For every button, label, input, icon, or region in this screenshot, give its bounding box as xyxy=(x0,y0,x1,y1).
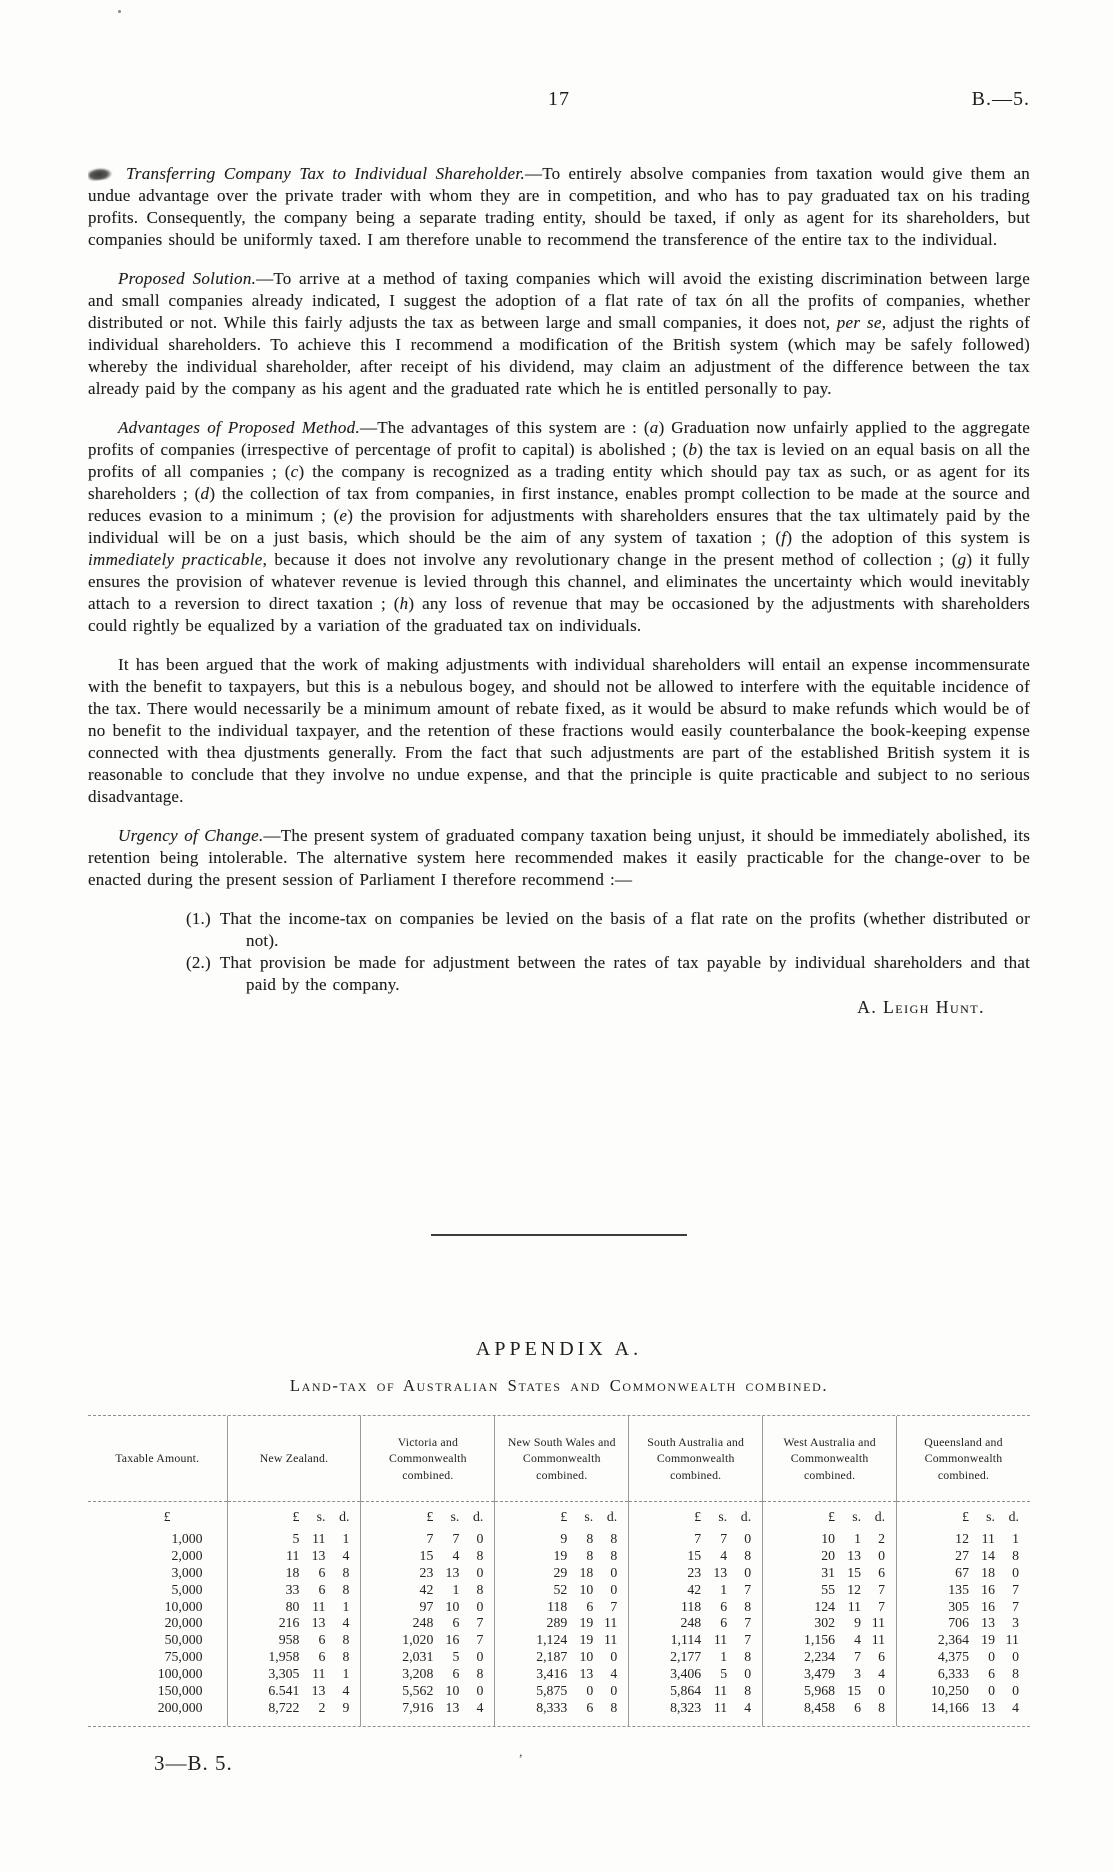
shillings-value: 0 xyxy=(969,1683,995,1700)
pence-value: 11 xyxy=(995,1632,1019,1649)
pounds-value: 10,250 xyxy=(897,1683,969,1700)
pence-value: 8 xyxy=(459,1666,483,1683)
pounds-value: 18 xyxy=(228,1565,300,1582)
pence-value: 4 xyxy=(325,1615,349,1632)
table-column-cells: 770154823130421711868248671,1141172,1771… xyxy=(629,1531,762,1726)
table-cell: 67180 xyxy=(897,1565,1030,1582)
pounds-value: 10 xyxy=(763,1531,835,1548)
pence-value: 8 xyxy=(459,1548,483,1565)
shillings-value: s. xyxy=(969,1509,995,1526)
pounds-value: £ xyxy=(897,1509,969,1526)
table-cell: 20130 xyxy=(763,1548,896,1565)
pence-value: 1 xyxy=(325,1599,349,1616)
table-cell: 5,968150 xyxy=(763,1683,896,1700)
pence-value: 6 xyxy=(861,1649,885,1666)
pounds-value: 1,124 xyxy=(495,1632,567,1649)
shillings-value: 19 xyxy=(567,1632,593,1649)
pounds-value: 5,864 xyxy=(629,1683,701,1700)
table-cell: 8,33368 xyxy=(495,1700,628,1717)
table-cell: 31156 xyxy=(763,1565,896,1582)
pounds-value: 3,479 xyxy=(763,1666,835,1683)
shillings-value: 13 xyxy=(567,1666,593,1683)
shillings-value: 1 xyxy=(701,1649,727,1666)
pounds-value: 7 xyxy=(361,1531,433,1548)
shillings-value: 1 xyxy=(701,1582,727,1599)
pence-value: 4 xyxy=(995,1700,1019,1717)
shillings-value: 16 xyxy=(969,1599,995,1616)
shillings-value: 13 xyxy=(701,1565,727,1582)
pounds-value: 1,958 xyxy=(228,1649,300,1666)
table-column-taxable-amount: Taxable Amount.£1,0002,0003,0005,00010,0… xyxy=(88,1416,227,1726)
pence-value: 0 xyxy=(861,1548,885,1565)
pence-value: 4 xyxy=(325,1683,349,1700)
currency-unit-row: £s.d. xyxy=(763,1509,896,1531)
shillings-value: 10 xyxy=(433,1683,459,1700)
pence-value: 8 xyxy=(727,1683,751,1700)
shillings-value: 6 xyxy=(299,1632,325,1649)
pounds-value: 27 xyxy=(897,1548,969,1565)
pounds-value: 8,722 xyxy=(228,1700,300,1717)
currency-unit-row: £s.d. xyxy=(495,1509,628,1531)
table-cell: 1868 xyxy=(228,1565,361,1582)
pounds-value: 3,305 xyxy=(228,1666,300,1683)
table-cell: 29180 xyxy=(495,1565,628,1582)
shillings-value: s. xyxy=(433,1509,459,1526)
pence-value: 7 xyxy=(861,1582,885,1599)
table-column-jurisdiction: New South Wales and Commonwealth combine… xyxy=(494,1416,628,1726)
pence-value: 8 xyxy=(727,1599,751,1616)
table-cell: 11868 xyxy=(629,1599,762,1616)
table-cell: 706133 xyxy=(897,1615,1030,1632)
table-column-header: Taxable Amount. xyxy=(88,1416,227,1502)
recommendation-item: (2.)That provision be made for adjustmen… xyxy=(186,952,1030,996)
table-column-header: South Australia and Commonwealth combine… xyxy=(629,1416,762,1502)
recommendation-item: (1.)That the income-tax on companies be … xyxy=(186,908,1030,952)
shillings-value: 7 xyxy=(433,1531,459,1548)
pence-value: 1 xyxy=(325,1666,349,1683)
pounds-value: 55 xyxy=(763,1582,835,1599)
shillings-value: 13 xyxy=(299,1615,325,1632)
pounds-value: 2,031 xyxy=(361,1649,433,1666)
shillings-value: 13 xyxy=(835,1548,861,1565)
pence-value: 7 xyxy=(995,1599,1019,1616)
page-number: 17 xyxy=(88,88,1030,111)
shillings-value: 11 xyxy=(969,1531,995,1548)
pounds-value: 15 xyxy=(629,1548,701,1565)
pence-value: 8 xyxy=(325,1649,349,1666)
pence-value: 0 xyxy=(459,1531,483,1548)
pounds-value: 7 xyxy=(629,1531,701,1548)
signature: A. Leigh Hunt. xyxy=(88,996,1030,1019)
paragraph-urgency-of-change: Urgency of Change.—The present system of… xyxy=(88,825,1030,891)
shillings-value: s. xyxy=(567,1509,593,1526)
table-cell: 4217 xyxy=(629,1582,762,1599)
shillings-value: 5 xyxy=(433,1649,459,1666)
shillings-value: 11 xyxy=(835,1599,861,1616)
pence-value: 4 xyxy=(459,1700,483,1717)
currency-unit-row: £s.d. xyxy=(361,1509,494,1531)
pounds-value: 124 xyxy=(763,1599,835,1616)
table-column-jurisdiction: Queensland and Commonwealth combined.£s.… xyxy=(896,1416,1030,1726)
shillings-value: 2 xyxy=(299,1700,325,1717)
shillings-value: 16 xyxy=(433,1632,459,1649)
shillings-value: 8 xyxy=(567,1531,593,1548)
pence-value: 8 xyxy=(325,1565,349,1582)
table-cell: 5,562100 xyxy=(361,1683,494,1700)
pence-value: 8 xyxy=(325,1582,349,1599)
pounds-value: 5,968 xyxy=(763,1683,835,1700)
pounds-value: 1,114 xyxy=(629,1632,701,1649)
shillings-value: 11 xyxy=(299,1599,325,1616)
pence-value: 7 xyxy=(727,1582,751,1599)
report-body: Transferring Company Tax to Individual S… xyxy=(88,146,1030,1118)
text-run: ) the adoption of this system is xyxy=(786,528,1030,547)
table-cell: 3,20868 xyxy=(361,1666,494,1683)
shillings-value: 6 xyxy=(701,1615,727,1632)
text-run: , because it does not involve any revolu… xyxy=(263,550,958,569)
pence-value: 0 xyxy=(727,1565,751,1582)
table-cell: 1,156411 xyxy=(763,1632,896,1649)
table-cell: 216134 xyxy=(228,1615,361,1632)
pence-value: 8 xyxy=(325,1632,349,1649)
table-cell: 8,323114 xyxy=(629,1700,762,1717)
table-cell: 1,95868 xyxy=(228,1649,361,1666)
pounds-value: 23 xyxy=(361,1565,433,1582)
pence-value: 1 xyxy=(325,1531,349,1548)
pounds-value: 9 xyxy=(495,1531,567,1548)
table-cell-amount: 2,000 xyxy=(88,1548,227,1565)
table-cell: 124117 xyxy=(763,1599,896,1616)
pence-value: 7 xyxy=(727,1615,751,1632)
pounds-value: 5,875 xyxy=(495,1683,567,1700)
shillings-value: 0 xyxy=(567,1683,593,1700)
paragraph-proposed-solution: Proposed Solution.—To arrive at a method… xyxy=(88,268,1030,400)
table-cell: 2,03150 xyxy=(361,1649,494,1666)
table-cell: 3,416134 xyxy=(495,1666,628,1683)
pounds-value: 1,156 xyxy=(763,1632,835,1649)
pence-value: 7 xyxy=(995,1582,1019,1599)
table-cell: 7,916134 xyxy=(361,1700,494,1717)
table-cell: 3,305111 xyxy=(228,1666,361,1683)
appendix-subtitle: Land-tax of Australian States and Common… xyxy=(88,1376,1030,1396)
pence-value: 11 xyxy=(593,1615,617,1632)
shillings-value: 13 xyxy=(433,1700,459,1717)
table-cell: 6,33368 xyxy=(897,1666,1030,1683)
shillings-value: 6 xyxy=(299,1649,325,1666)
pounds-value: 5,562 xyxy=(361,1683,433,1700)
pounds-value: 8,323 xyxy=(629,1700,701,1717)
table-cell: 2,187100 xyxy=(495,1649,628,1666)
table-column-header: New Zealand. xyxy=(228,1416,361,1502)
shillings-value: 6 xyxy=(299,1565,325,1582)
shillings-value: 11 xyxy=(701,1683,727,1700)
shillings-value: 9 xyxy=(835,1615,861,1632)
table-cell: 8,72229 xyxy=(228,1700,361,1717)
italic-text-run: b xyxy=(688,440,697,459)
pence-value: 0 xyxy=(593,1683,617,1700)
italic-text-run: per se xyxy=(837,313,882,332)
pounds-value: 3,406 xyxy=(629,1666,701,1683)
pounds-value: 52 xyxy=(495,1582,567,1599)
pounds-value: 97 xyxy=(361,1599,433,1616)
table-cell: 80111 xyxy=(228,1599,361,1616)
pounds-value: 7,916 xyxy=(361,1700,433,1717)
pounds-value: 6.541 xyxy=(228,1683,300,1700)
pounds-value: 20 xyxy=(763,1548,835,1565)
pence-value: d. xyxy=(995,1509,1019,1526)
currency-unit-header: £s.d. xyxy=(228,1509,361,1526)
table-cell: 5,87500 xyxy=(495,1683,628,1700)
pence-value: 7 xyxy=(459,1632,483,1649)
section-divider-rule xyxy=(431,1234,687,1236)
table-cell: 1548 xyxy=(629,1548,762,1565)
pounds-value: 8,333 xyxy=(495,1700,567,1717)
table-cell: 1,114117 xyxy=(629,1632,762,1649)
pence-value: 8 xyxy=(727,1548,751,1565)
table-cell: 55127 xyxy=(763,1582,896,1599)
table-cell: 12111 xyxy=(897,1531,1030,1548)
currency-unit-row: £s.d. xyxy=(228,1509,361,1531)
table-cell: 4218 xyxy=(361,1582,494,1599)
table-cell-amount: 1,000 xyxy=(88,1531,227,1548)
pounds-value: 135 xyxy=(897,1582,969,1599)
table-cell: 5,864118 xyxy=(629,1683,762,1700)
italic-text-run: Proposed Solution. xyxy=(118,269,256,288)
shillings-value: 10 xyxy=(567,1649,593,1666)
table-cell: 302911 xyxy=(763,1615,896,1632)
table-cell: 3,47934 xyxy=(763,1666,896,1683)
pence-value: 7 xyxy=(727,1632,751,1649)
italic-text-run: a xyxy=(650,418,659,437)
pounds-value: 216 xyxy=(228,1615,300,1632)
table-cell-amount: 150,000 xyxy=(88,1683,227,1700)
table-cell-amount: 20,000 xyxy=(88,1615,227,1632)
pounds-value: 2,177 xyxy=(629,1649,701,1666)
shillings-value: 13 xyxy=(299,1683,325,1700)
shillings-value: 19 xyxy=(567,1615,593,1632)
pounds-value: 5 xyxy=(228,1531,300,1548)
currency-unit-header: £s.d. xyxy=(629,1509,762,1526)
pounds-value: 4,375 xyxy=(897,1649,969,1666)
pence-value: 4 xyxy=(861,1666,885,1683)
pounds-value: 302 xyxy=(763,1615,835,1632)
pounds-value: 118 xyxy=(629,1599,701,1616)
table-column-header: West Australia and Commonwealth combined… xyxy=(763,1416,896,1502)
pounds-value: 42 xyxy=(629,1582,701,1599)
table-cell: 1012 xyxy=(763,1531,896,1548)
pence-value: 8 xyxy=(861,1700,885,1717)
scanned-report-page: 17 B.—5. Transferring Company Tax to Ind… xyxy=(0,0,1114,1871)
pounds-value: 12 xyxy=(897,1531,969,1548)
shillings-value: 10 xyxy=(433,1599,459,1616)
shillings-value: 6 xyxy=(969,1666,995,1683)
shillings-value: 0 xyxy=(969,1649,995,1666)
pounds-value: 33 xyxy=(228,1582,300,1599)
italic-text-run: immediately practicable xyxy=(88,550,263,569)
shillings-value: 1 xyxy=(835,1531,861,1548)
shillings-value: 6 xyxy=(299,1582,325,1599)
table-column-jurisdiction: New Zealand.£s.d.51111113418683368801112… xyxy=(227,1416,361,1726)
pence-value: 1 xyxy=(995,1531,1019,1548)
list-marker: (1.) xyxy=(186,909,211,928)
ink-speck: , xyxy=(519,1745,523,1761)
italic-text-run: Advantages of Proposed Method. xyxy=(118,418,360,437)
shillings-value: 4 xyxy=(433,1548,459,1565)
currency-unit-row: £s.d. xyxy=(629,1509,762,1531)
pence-value: 11 xyxy=(861,1615,885,1632)
shillings-value: 11 xyxy=(299,1531,325,1548)
shillings-value: 4 xyxy=(835,1632,861,1649)
table-cell: 2,3641911 xyxy=(897,1632,1030,1649)
table-cell-amount: 3,000 xyxy=(88,1565,227,1582)
pence-value: 4 xyxy=(593,1666,617,1683)
shillings-value: 3 xyxy=(835,1666,861,1683)
table-cell: 8,45868 xyxy=(763,1700,896,1717)
table-cell: 14,166134 xyxy=(897,1700,1030,1717)
shillings-value: 6 xyxy=(567,1599,593,1616)
pounds-value: £ xyxy=(763,1509,835,1526)
table-cell: 2891911 xyxy=(495,1615,628,1632)
ink-speck xyxy=(118,10,121,13)
pence-value: 7 xyxy=(459,1615,483,1632)
shillings-value: 10 xyxy=(567,1582,593,1599)
pence-value: 0 xyxy=(459,1599,483,1616)
pounds-value: £ xyxy=(495,1509,567,1526)
pounds-value: 706 xyxy=(897,1615,969,1632)
shillings-value: 13 xyxy=(433,1565,459,1582)
text-run: It has been argued that the work of maki… xyxy=(88,655,1030,806)
italic-text-run: Transferring Company Tax to Individual S… xyxy=(126,164,525,183)
table-cell: 24867 xyxy=(629,1615,762,1632)
pounds-value: 67 xyxy=(897,1565,969,1582)
table-cell: 23130 xyxy=(629,1565,762,1582)
list-marker: (2.) xyxy=(186,953,211,972)
table-cell: 770 xyxy=(361,1531,494,1548)
currency-unit-header: £s.d. xyxy=(361,1509,494,1526)
shillings-value: 6 xyxy=(433,1615,459,1632)
currency-unit-header: £ xyxy=(88,1509,227,1531)
shillings-value: 13 xyxy=(969,1700,995,1717)
table-column-cells: 5111111341868336880111216134958681,95868… xyxy=(228,1531,361,1726)
table-cell: 770 xyxy=(629,1531,762,1548)
table-cell: 24867 xyxy=(361,1615,494,1632)
table-column-header: Victoria and Commonwealth combined. xyxy=(361,1416,494,1502)
table-cell-amount: 50,000 xyxy=(88,1632,227,1649)
shillings-value: 19 xyxy=(969,1632,995,1649)
table-cell-amount: 100,000 xyxy=(88,1666,227,1683)
shillings-value: 16 xyxy=(969,1582,995,1599)
table-cell: 2,17718 xyxy=(629,1649,762,1666)
pence-value: 8 xyxy=(593,1548,617,1565)
pence-value: 4 xyxy=(727,1700,751,1717)
shillings-value: s. xyxy=(299,1509,325,1526)
table-cell: 1,020167 xyxy=(361,1632,494,1649)
shillings-value: 15 xyxy=(835,1565,861,1582)
pence-value: 0 xyxy=(727,1531,751,1548)
currency-unit-header: £s.d. xyxy=(495,1509,628,1526)
recommendation-list: (1.)That the income-tax on companies be … xyxy=(186,908,1030,996)
table-column-header: New South Wales and Commonwealth combine… xyxy=(495,1416,628,1502)
pounds-value: 42 xyxy=(361,1582,433,1599)
table-cell: 97100 xyxy=(361,1599,494,1616)
page-header: 17 B.—5. xyxy=(88,0,1030,114)
shillings-value: 5 xyxy=(701,1666,727,1683)
pence-value: 0 xyxy=(727,1666,751,1683)
document-reference: B.—5. xyxy=(972,88,1030,111)
pounds-value: 14,166 xyxy=(897,1700,969,1717)
table-column-cells: 1211127148671801351673051677061332,36419… xyxy=(897,1531,1030,1726)
table-cell: 11867 xyxy=(495,1599,628,1616)
text-run: —The advantages of this system are : ( xyxy=(360,418,650,437)
pounds-value: 31 xyxy=(763,1565,835,1582)
pounds-value: 289 xyxy=(495,1615,567,1632)
page-content: 17 B.—5. Transferring Company Tax to Ind… xyxy=(88,0,1030,1776)
table-column-cells: 988198829180521001186728919111,12419112,… xyxy=(495,1531,628,1726)
pounds-value: 248 xyxy=(361,1615,433,1632)
pounds-value: £ xyxy=(629,1509,701,1526)
table-cell: 27148 xyxy=(897,1548,1030,1565)
pence-value: 0 xyxy=(995,1683,1019,1700)
table-cell: 11134 xyxy=(228,1548,361,1565)
pounds-value: 3,208 xyxy=(361,1666,433,1683)
pence-value: d. xyxy=(727,1509,751,1526)
appendix-title: APPENDIX A. xyxy=(88,1338,1030,1361)
paragraph-advantages: Advantages of Proposed Method.—The advan… xyxy=(88,417,1030,637)
pence-value: d. xyxy=(459,1509,483,1526)
currency-unit-header: £s.d. xyxy=(763,1509,896,1526)
currency-unit-header: £s.d. xyxy=(897,1509,1030,1526)
table-cell: 5111 xyxy=(228,1531,361,1548)
table-cell: 23130 xyxy=(361,1565,494,1582)
shillings-value: 18 xyxy=(567,1565,593,1582)
shillings-value: 11 xyxy=(299,1666,325,1683)
shillings-value: 18 xyxy=(969,1565,995,1582)
table-column-cells: 10122013031156551271241173029111,1564112… xyxy=(763,1531,896,1726)
paragraph-expense-argument: It has been argued that the work of maki… xyxy=(88,654,1030,808)
pence-value: 11 xyxy=(593,1632,617,1649)
pence-value: 8 xyxy=(593,1531,617,1548)
pence-value: d. xyxy=(861,1509,885,1526)
table-column-header: Queensland and Commonwealth combined. xyxy=(897,1416,1030,1502)
printer-signature: 3—B. 5. xyxy=(154,1751,1030,1776)
pounds-value: 19 xyxy=(495,1548,567,1565)
pence-value: 8 xyxy=(995,1666,1019,1683)
pounds-value: 305 xyxy=(897,1599,969,1616)
shillings-value: 7 xyxy=(701,1531,727,1548)
pence-value: 8 xyxy=(995,1548,1019,1565)
shillings-value: s. xyxy=(835,1509,861,1526)
pounds-value: 11 xyxy=(228,1548,300,1565)
shillings-value: 1 xyxy=(433,1582,459,1599)
table-column-jurisdiction: West Australia and Commonwealth combined… xyxy=(762,1416,896,1726)
table-cell: 3,40650 xyxy=(629,1666,762,1683)
pence-value: 3 xyxy=(995,1615,1019,1632)
pence-value: 0 xyxy=(593,1649,617,1666)
pounds-value: 2,364 xyxy=(897,1632,969,1649)
pence-value: d. xyxy=(593,1509,617,1526)
table-cell-amount: 10,000 xyxy=(88,1599,227,1616)
pence-value: 0 xyxy=(459,1683,483,1700)
pounds-value: 8,458 xyxy=(763,1700,835,1717)
pence-value: 7 xyxy=(593,1599,617,1616)
table-cell: 4,37500 xyxy=(897,1649,1030,1666)
table-column-cells: 1,0002,0003,0005,00010,00020,00050,00075… xyxy=(88,1531,227,1726)
pence-value: 9 xyxy=(325,1700,349,1717)
table-cell: 305167 xyxy=(897,1599,1030,1616)
table-cell: 2,23476 xyxy=(763,1649,896,1666)
pounds-value: £ xyxy=(361,1509,433,1526)
pence-value: d. xyxy=(325,1509,349,1526)
